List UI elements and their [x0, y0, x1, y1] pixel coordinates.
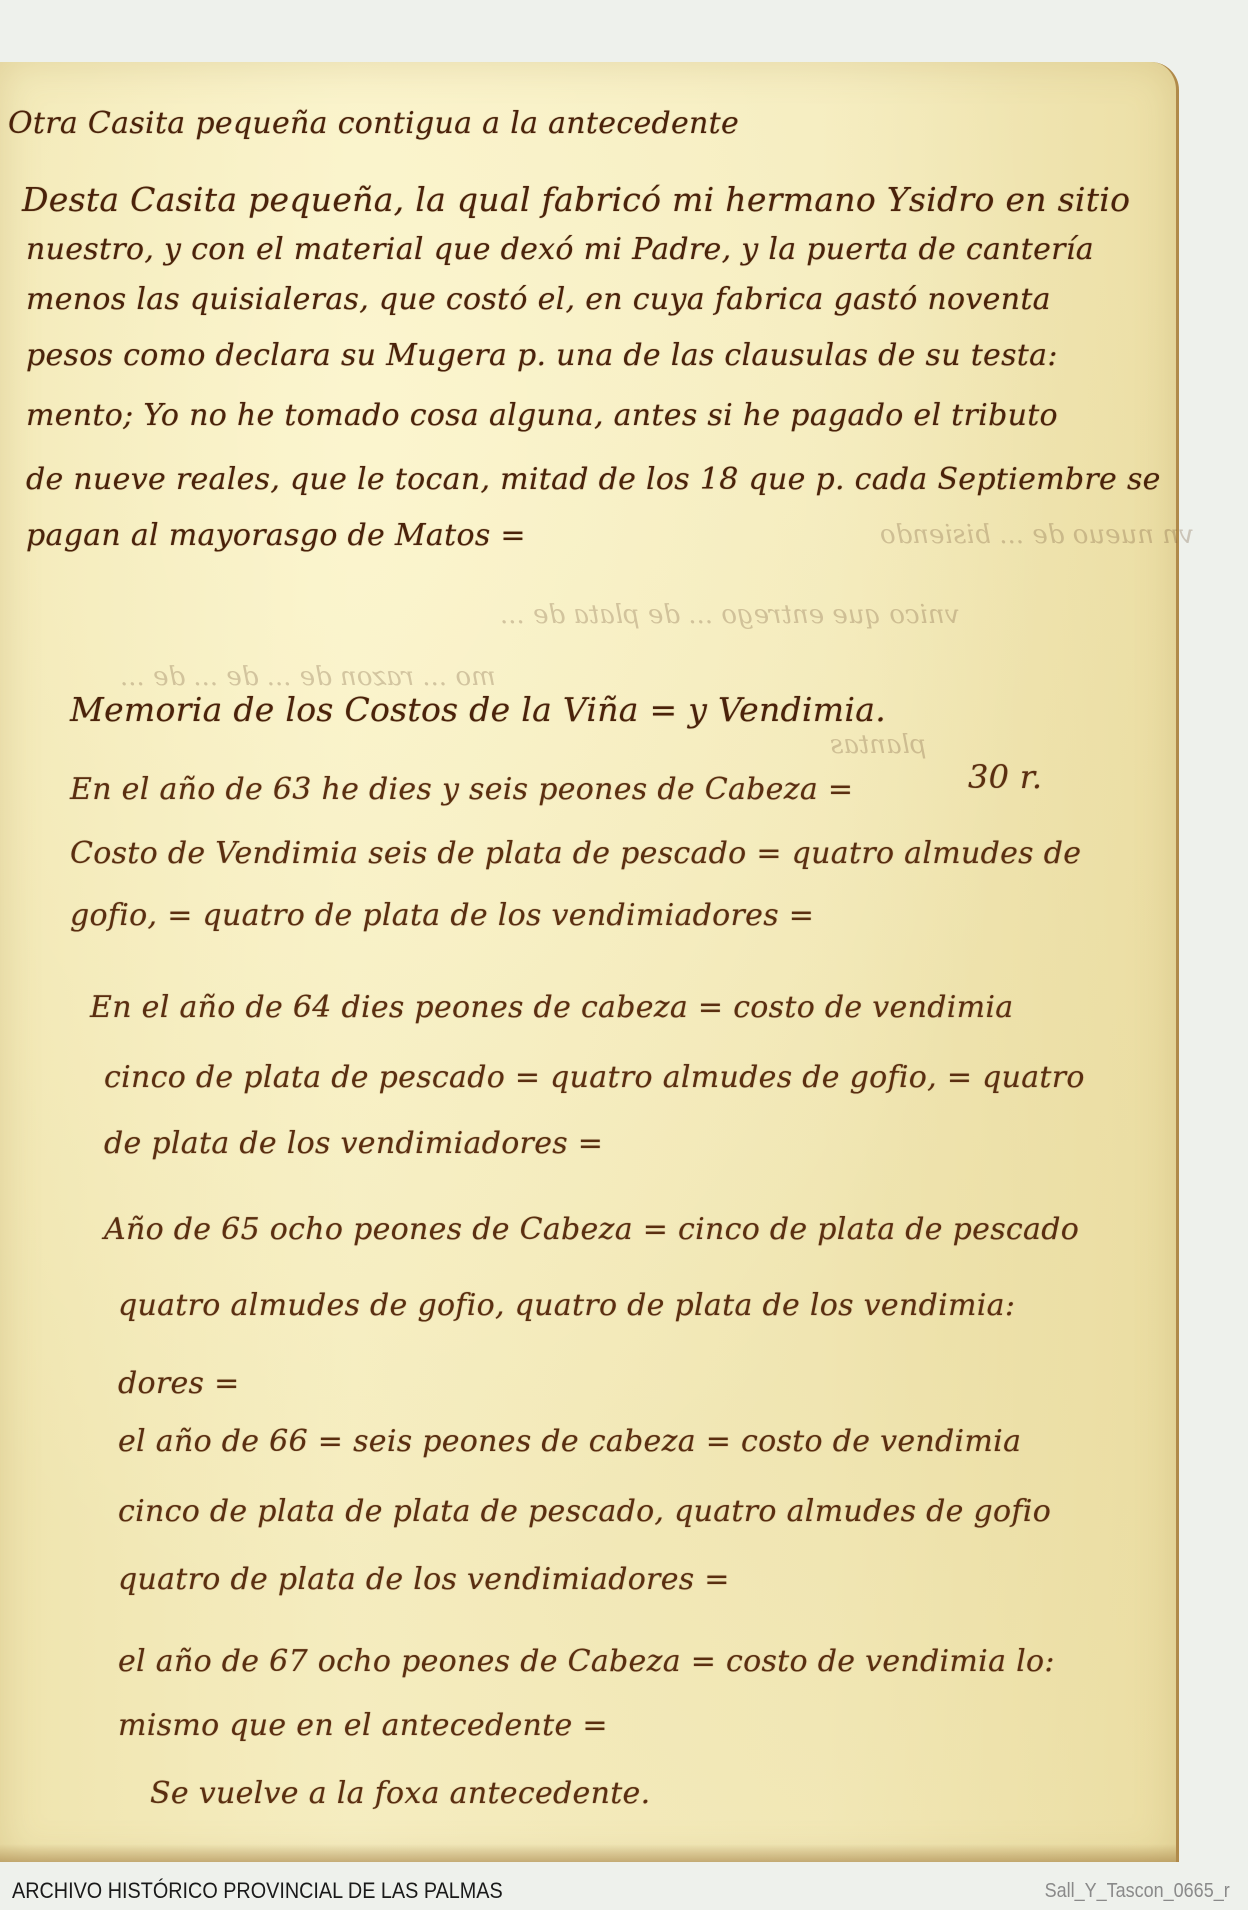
entry-line: dores = — [118, 1366, 240, 1401]
bleed-through-text: vn nueuo de ... bisiendo — [880, 520, 1194, 550]
bleed-through-text: mo ... razon de ... de ... de ... — [120, 662, 496, 692]
entry-line: Año de 65 ocho peones de Cabeza = cinco … — [104, 1212, 1079, 1247]
text-line: de nueve reales, que le tocan, mitad de … — [26, 462, 1161, 497]
entry-line: Costo de Vendimia seis de plata de pesca… — [70, 836, 1081, 871]
manuscript-page: vn nueuo de ... bisiendo vnico que entre… — [0, 62, 1179, 1862]
image-identifier: Sall_Y_Tascon_0665_r — [1045, 1880, 1230, 1903]
closing-line: Se vuelve a la foxa antecedente. — [150, 1776, 650, 1811]
entry-line: cinco de plata de plata de pescado, quat… — [118, 1494, 1051, 1529]
text-line: mento; Yo no he tomado cosa alguna, ante… — [26, 398, 1058, 433]
memoria-title: Memoria de los Costos de la Viña = y Ven… — [70, 690, 886, 729]
entry-line: quatro de plata de los vendimiadores = — [118, 1562, 730, 1597]
entry-line: el año de 66 = seis peones de cabeza = c… — [118, 1424, 1021, 1459]
amount-note: 30 r. — [968, 758, 1042, 796]
entry-line: En el año de 63 he dies y seis peones de… — [70, 772, 853, 807]
entry-line: mismo que en el antecedente = — [118, 1708, 608, 1743]
entry-line: quatro almudes de gofio, quatro de plata… — [118, 1288, 1015, 1323]
text-line: pagan al mayorasgo de Matos = — [26, 518, 526, 553]
text-line: menos las quisialeras, que costó el, en … — [26, 282, 1051, 317]
entry-line: gofio, = quatro de plata de los vendimia… — [70, 898, 814, 933]
bleed-through-text: vnico que entrego ... de plata de ... — [500, 600, 959, 630]
section-heading: Otra Casita pequeña contigua a la antece… — [8, 106, 739, 141]
text-line: nuestro, y con el material que dexó mi P… — [26, 232, 1094, 267]
entry-line: En el año de 64 dies peones de cabeza = … — [90, 990, 1013, 1025]
archive-label: ARCHIVO HISTÓRICO PROVINCIAL DE LAS PALM… — [12, 1878, 503, 1904]
entry-line: de plata de los vendimiadores = — [104, 1126, 603, 1161]
entry-line: el año de 67 ocho peones de Cabeza = cos… — [118, 1644, 1055, 1679]
text-line: pesos como declara su Mugera p. una de l… — [26, 338, 1058, 373]
text-line: Desta Casita pequeña, la qual fabricó mi… — [22, 180, 1130, 219]
bleed-through-text: plantas — [830, 730, 927, 760]
entry-line: cinco de plata de pescado = quatro almud… — [104, 1060, 1085, 1095]
